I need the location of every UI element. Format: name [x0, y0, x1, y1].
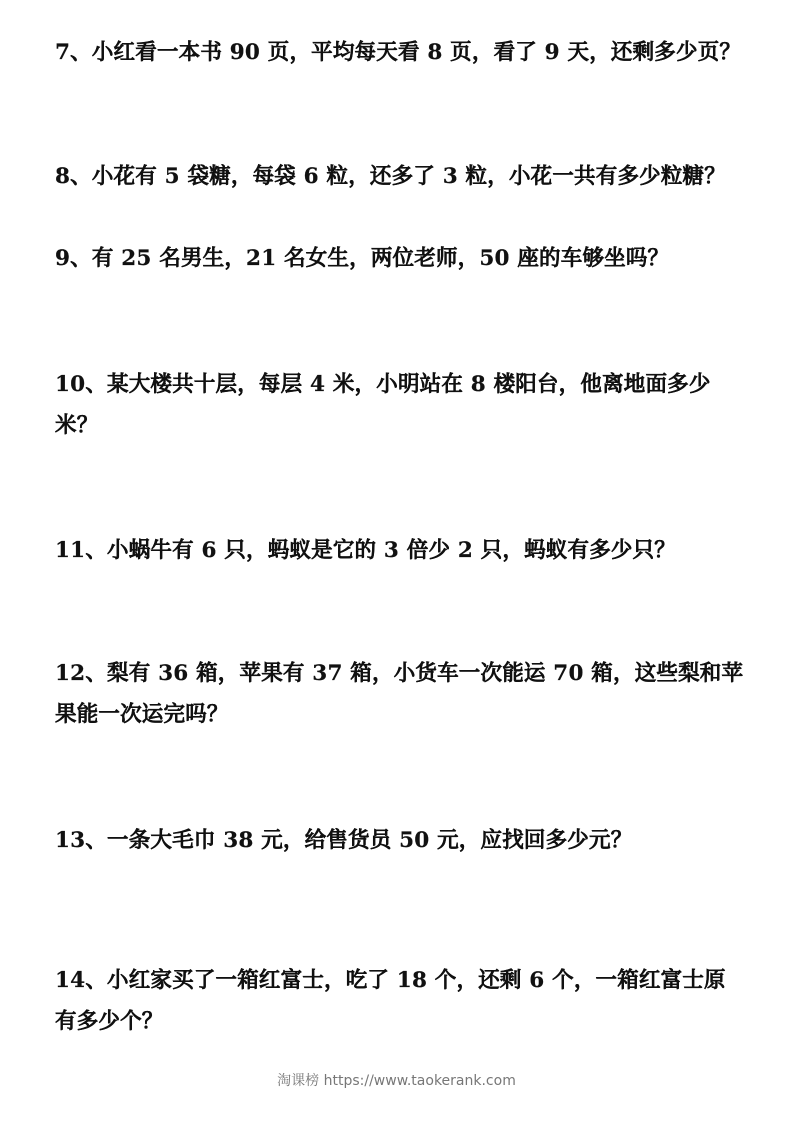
question-9: 9、有 25 名男生，21 名女生，两位老师，50 座的车够坐吗？	[55, 238, 745, 279]
question-12: 12、梨有 36 箱，苹果有 37 箱，小货车一次能运 70 箱，这些梨和苹果能…	[55, 653, 745, 735]
question-8: 8、小花有 5 袋糖，每袋 6 粒，还多了 3 粒，小花一共有多少粒糖？	[55, 156, 745, 197]
footer-watermark: 淘课榜 https://www.taokerank.com	[0, 1070, 793, 1090]
question-13: 13、一条大毛巾 38 元，给售货员 50 元，应找回多少元？	[55, 820, 745, 861]
question-11: 11、小蜗牛有 6 只，蚂蚁是它的 3 倍少 2 只，蚂蚁有多少只？	[55, 530, 745, 571]
question-10: 10、某大楼共十层，每层 4 米，小明站在 8 楼阳台，他离地面多少米？	[55, 364, 745, 446]
question-14: 14、小红家买了一箱红富士，吃了 18 个，还剩 6 个，一箱红富士原有多少个？	[55, 960, 745, 1042]
question-7: 7、小红看一本书 90 页，平均每天看 8 页，看了 9 天，还剩多少页？	[55, 32, 745, 73]
